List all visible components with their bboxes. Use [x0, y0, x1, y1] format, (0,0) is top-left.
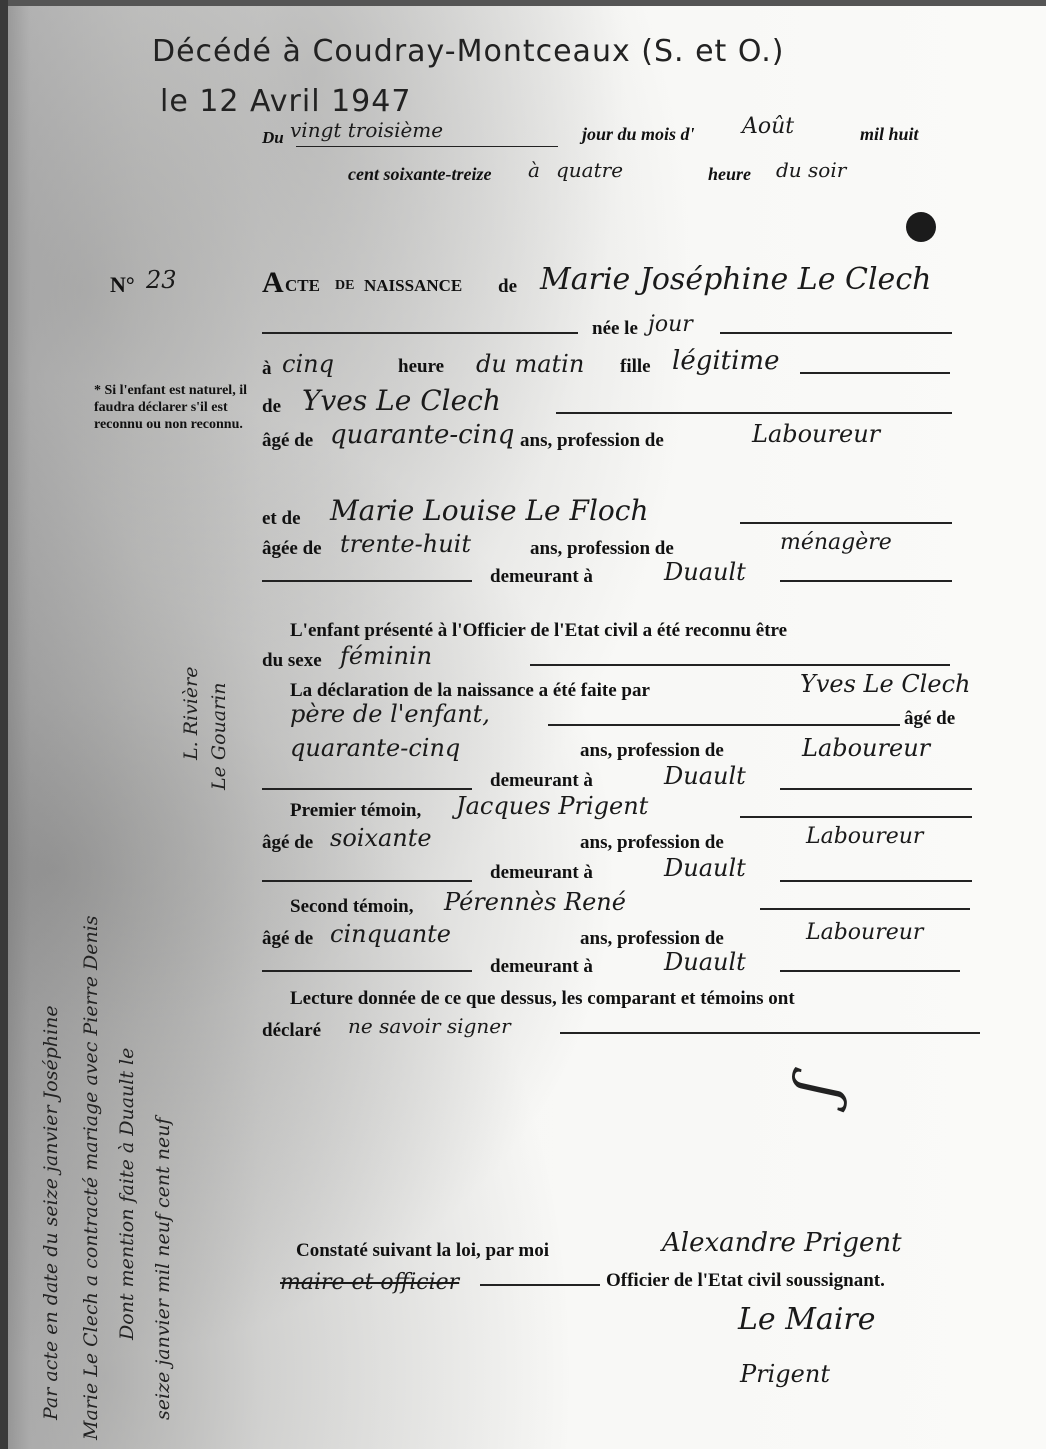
father-ans-label: ans, profession de: [520, 430, 664, 452]
marriage-annotation-line1: Par acte en date du seize janvier Joséph…: [40, 1005, 62, 1420]
rule-line: [760, 908, 970, 910]
marriage-annotation-line2: Marie Le Clech a contracté mariage avec …: [80, 915, 102, 1440]
acte-title-de2: de: [498, 276, 517, 298]
witness2-residence: Duault: [664, 948, 746, 976]
period-value: du soir: [776, 158, 846, 182]
marriage-annotation-line3: Dont mention faite à Duault le: [116, 1048, 138, 1340]
rule-line: [740, 522, 952, 524]
constate-label: Constaté suivant la loi, par moi: [296, 1240, 549, 1262]
witness1-ans-label: ans, profession de: [580, 832, 724, 854]
officer-label: Officier de l'Etat civil soussignant.: [606, 1270, 885, 1292]
rule-line: [720, 332, 952, 334]
rule-line: [780, 580, 952, 582]
birth-period-value: du matin: [476, 350, 584, 378]
witness2-profession: Laboureur: [806, 920, 923, 945]
rule-line: [262, 580, 472, 582]
witness2-label: Second témoin,: [290, 896, 414, 918]
signature-title: Le Maire: [738, 1302, 876, 1337]
declare-label: déclaré: [262, 1020, 321, 1042]
child-name: Marie Joséphine Le Clech: [540, 262, 931, 297]
a-label: à: [262, 358, 272, 380]
year-label-1: mil huit: [860, 124, 919, 145]
rule-line: [780, 880, 972, 882]
nee-le-label: née le: [592, 318, 638, 340]
year-label-2: cent soixante-treize: [348, 164, 491, 185]
mother-age-label: âgée de: [262, 538, 322, 560]
ink-blot: [906, 212, 936, 242]
declarant-demeurant-label: demeurant à: [490, 770, 593, 792]
mother-residence: Duault: [664, 558, 746, 586]
declarant-ans-label: ans, profession de: [580, 740, 724, 762]
rule-line: [556, 412, 952, 414]
reading-statement: Lecture donnée de ce que dessus, les com…: [290, 988, 795, 1010]
death-annotation-line2: le 12 Avril 1947: [160, 84, 411, 119]
rule-line: [480, 1284, 600, 1286]
mother-demeurant-label: demeurant à: [490, 566, 593, 588]
sex-statement: L'enfant présenté à l'Officier de l'Etat…: [290, 620, 787, 642]
day-line: [296, 146, 558, 147]
mother-ans-label: ans, profession de: [530, 538, 674, 560]
rule-line: [800, 372, 950, 374]
sex-label: du sexe: [262, 650, 322, 672]
officer-title-handwritten: maire et officier: [280, 1270, 459, 1295]
marriage-annotation-line4: seize janvier mil neuf cent neuf: [152, 1117, 174, 1420]
declarant-age-value: quarante-cinq: [290, 734, 460, 762]
heure-label: heure: [708, 164, 751, 185]
mother-profession: ménagère: [780, 530, 892, 555]
hour-prefix: à: [528, 158, 540, 182]
officer-name: Alexandre Prigent: [662, 1228, 902, 1258]
father-profession: Laboureur: [752, 420, 880, 448]
rule-line: [262, 332, 578, 334]
rule-line: [548, 724, 900, 726]
marriage-annotation-signature1: L. Rivière: [180, 667, 202, 760]
birth-certificate-page: Décédé à Coudray-Montceaux (S. et O.) le…: [0, 0, 1046, 1449]
acte-title-initial: A: [262, 266, 284, 300]
father-age-label: âgé de: [262, 430, 313, 452]
declarant-age-label: âgé de: [904, 708, 955, 730]
witness1-demeurant-label: demeurant à: [490, 862, 593, 884]
acte-title-naissance: NAISSANCE: [364, 276, 462, 296]
mayor-signature: Prigent: [740, 1360, 830, 1388]
witness1-label: Premier témoin,: [290, 800, 421, 822]
witness2-age-label: âgé de: [262, 928, 313, 950]
rule-line: [262, 788, 472, 790]
witness1-age-label: âgé de: [262, 832, 313, 854]
witness2-name: Pérennès René: [444, 888, 626, 916]
heure-label-2: heure: [398, 356, 444, 378]
month-value: Août: [742, 114, 794, 139]
father-de-label: de: [262, 396, 281, 418]
rule-line: [530, 664, 950, 666]
rule-line: [780, 788, 972, 790]
rule-line: [262, 880, 472, 882]
nee-le-value: jour: [648, 312, 693, 337]
witness2-age-value: cinquante: [330, 920, 451, 948]
signature-scribble: ʃ: [780, 1074, 852, 1102]
mother-age-value: trente-huit: [340, 530, 471, 558]
acte-number-label: N°: [110, 272, 135, 298]
mother-name: Marie Louise Le Floch: [330, 494, 648, 527]
du-label: Du: [262, 128, 284, 148]
father-name: Yves Le Clech: [302, 384, 501, 417]
declare-value: ne savoir signer: [348, 1014, 511, 1038]
margin-note-natural-child: * Si l'enfant est naturel, il faudra déc…: [94, 382, 254, 433]
declarant-profession: Laboureur: [802, 734, 930, 762]
witness1-name: Jacques Prigent: [456, 792, 648, 820]
witness2-ans-label: ans, profession de: [580, 928, 724, 950]
day-value: vingt troisième: [290, 118, 443, 142]
witness1-residence: Duault: [664, 854, 746, 882]
declarant-residence: Duault: [664, 762, 746, 790]
page-top-edge: [0, 0, 1046, 6]
legitimacy-value: légitime: [672, 346, 779, 376]
rule-line: [262, 970, 472, 972]
declarant-name: Yves Le Clech: [800, 670, 970, 698]
page-binding-edge: [0, 0, 8, 1449]
fille-label: fille: [620, 356, 651, 378]
rule-line: [780, 970, 960, 972]
birth-hour-value: cinq: [282, 350, 334, 378]
father-age-value: quarante-cinq: [330, 420, 514, 450]
sex-value: féminin: [340, 642, 432, 670]
jour-label: jour du mois d': [582, 124, 695, 145]
witness1-age-value: soixante: [330, 824, 432, 852]
rule-line: [740, 816, 972, 818]
declarant-relation: père de l'enfant,: [290, 700, 490, 728]
witness1-profession: Laboureur: [806, 824, 923, 849]
acte-title-de: DE: [335, 278, 354, 294]
acte-title-cte: CTE: [285, 276, 320, 296]
mother-et-de-label: et de: [262, 508, 301, 530]
hour-value: quatre: [556, 158, 623, 182]
rule-line: [560, 1032, 980, 1034]
acte-number-value: 23: [146, 266, 177, 294]
death-annotation-line1: Décédé à Coudray-Montceaux (S. et O.): [152, 34, 784, 69]
marriage-annotation-signature2: Le Gouarin: [208, 683, 230, 790]
witness2-demeurant-label: demeurant à: [490, 956, 593, 978]
declarant-label: La déclaration de la naissance a été fai…: [290, 680, 650, 702]
